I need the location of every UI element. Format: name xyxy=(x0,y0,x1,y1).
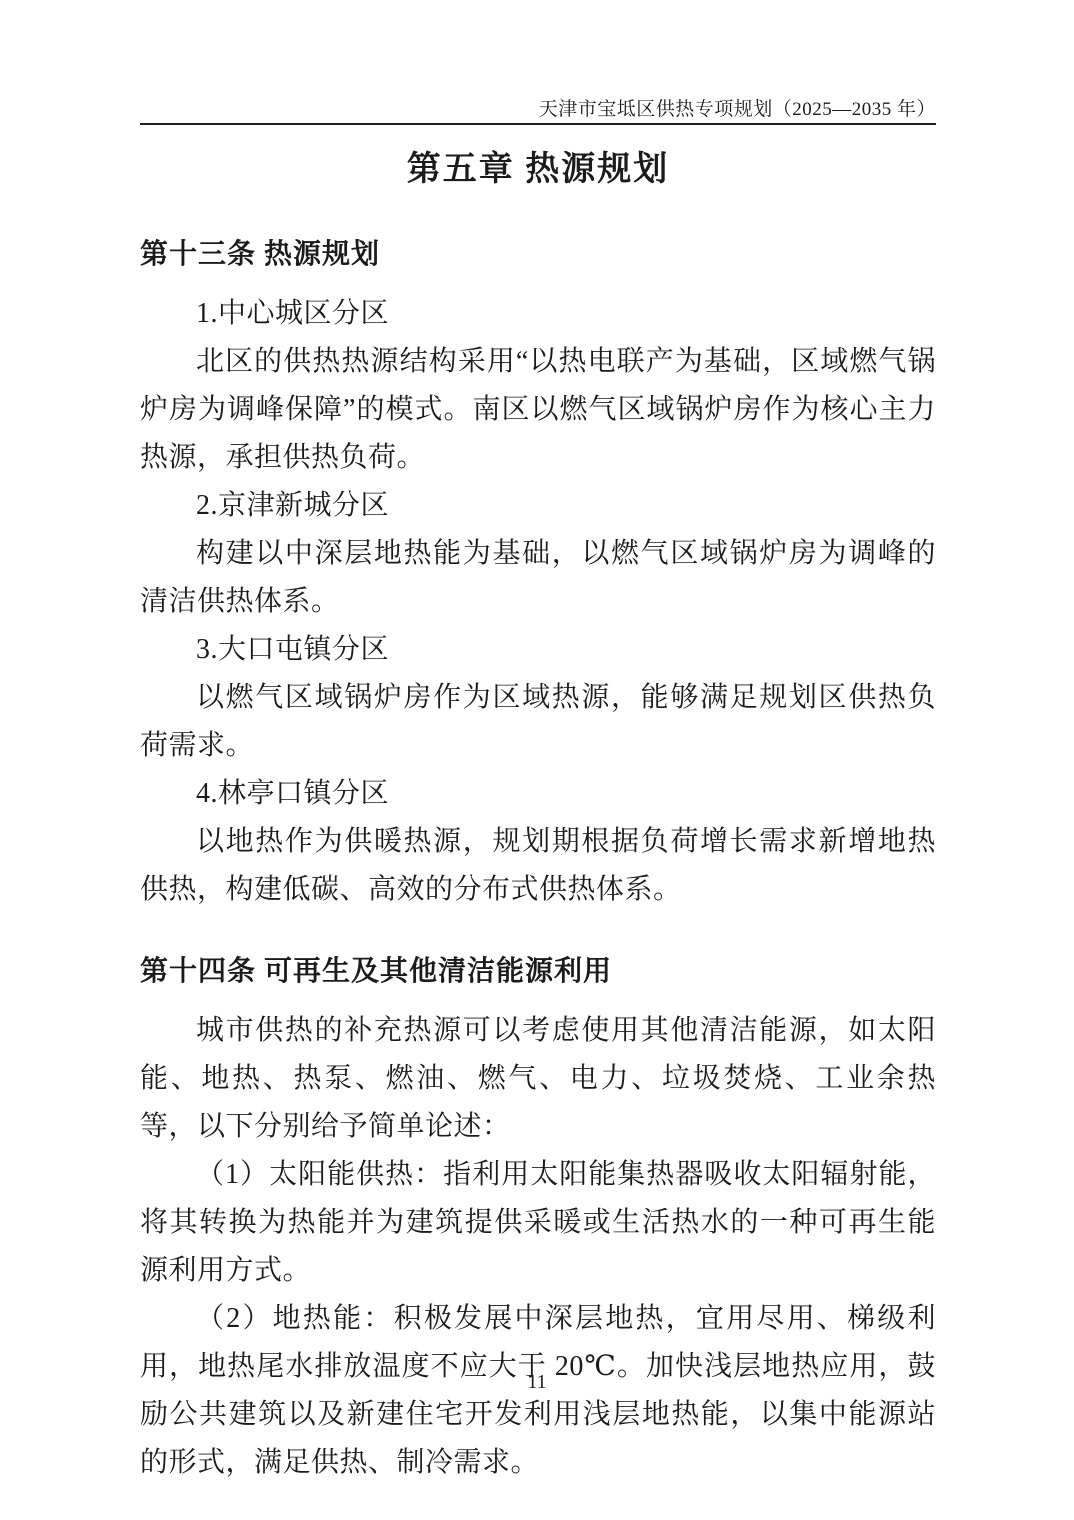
subitem-1-heading: 1.中心城区分区 xyxy=(140,290,936,338)
section-article-14: 第十四条 可再生及其他清洁能源利用 城市供热的补充热源可以考虑使用其他清洁能源，… xyxy=(140,954,936,1487)
page-number: 11 xyxy=(527,1371,546,1393)
subitem-1-paragraph: 北区的供热热源结构采用“以热电联产为基础，区域燃气锅炉房为调峰保障”的模式。南区… xyxy=(140,338,936,482)
subitem-4-heading: 4.林亭口镇分区 xyxy=(140,770,936,818)
section-article-13: 第十三条 热源规划 1.中心城区分区 北区的供热热源结构采用“以热电联产为基础，… xyxy=(140,237,936,914)
subitem-3-heading: 3.大口屯镇分区 xyxy=(140,626,936,674)
item-1-solar-paragraph: （1）太阳能供热：指利用太阳能集热器吸收太阳辐射能，将其转换为热能并为建筑提供采… xyxy=(140,1151,936,1295)
document-page: 天津市宝坻区供热专项规划（2025—2035 年） 第五章 热源规划 第十三条 … xyxy=(0,0,1074,1520)
subitem-4-paragraph: 以地热作为供暖热源，规划期根据负荷增长需求新增地热供热，构建低碳、高效的分布式供… xyxy=(140,818,936,914)
subitem-2-paragraph: 构建以中深层地热能为基础，以燃气区域锅炉房为调峰的清洁供热体系。 xyxy=(140,530,936,626)
intro-paragraph: 城市供热的补充热源可以考虑使用其他清洁能源，如太阳能、地热、热泵、燃油、燃气、电… xyxy=(140,1007,936,1151)
page-content: 天津市宝坻区供热专项规划（2025—2035 年） 第五章 热源规划 第十三条 … xyxy=(0,0,1074,1487)
chapter-title: 第五章 热源规划 xyxy=(140,149,936,191)
subitem-3-paragraph: 以燃气区域锅炉房作为区域热源，能够满足规划区供热负荷需求。 xyxy=(140,674,936,770)
page-footer: 11 xyxy=(0,1370,1074,1394)
section-13-body: 1.中心城区分区 北区的供热热源结构采用“以热电联产为基础，区域燃气锅炉房为调峰… xyxy=(140,290,936,914)
running-head: 天津市宝坻区供热专项规划（2025—2035 年） xyxy=(140,99,936,121)
section-14-body: 城市供热的补充热源可以考虑使用其他清洁能源，如太阳能、地热、热泵、燃油、燃气、电… xyxy=(140,1007,936,1487)
header-divider xyxy=(140,123,936,125)
subitem-2-heading: 2.京津新城分区 xyxy=(140,482,936,530)
section-14-heading: 第十四条 可再生及其他清洁能源利用 xyxy=(140,954,936,990)
page-header: 天津市宝坻区供热专项规划（2025—2035 年） xyxy=(140,0,936,125)
section-13-heading: 第十三条 热源规划 xyxy=(140,237,936,273)
